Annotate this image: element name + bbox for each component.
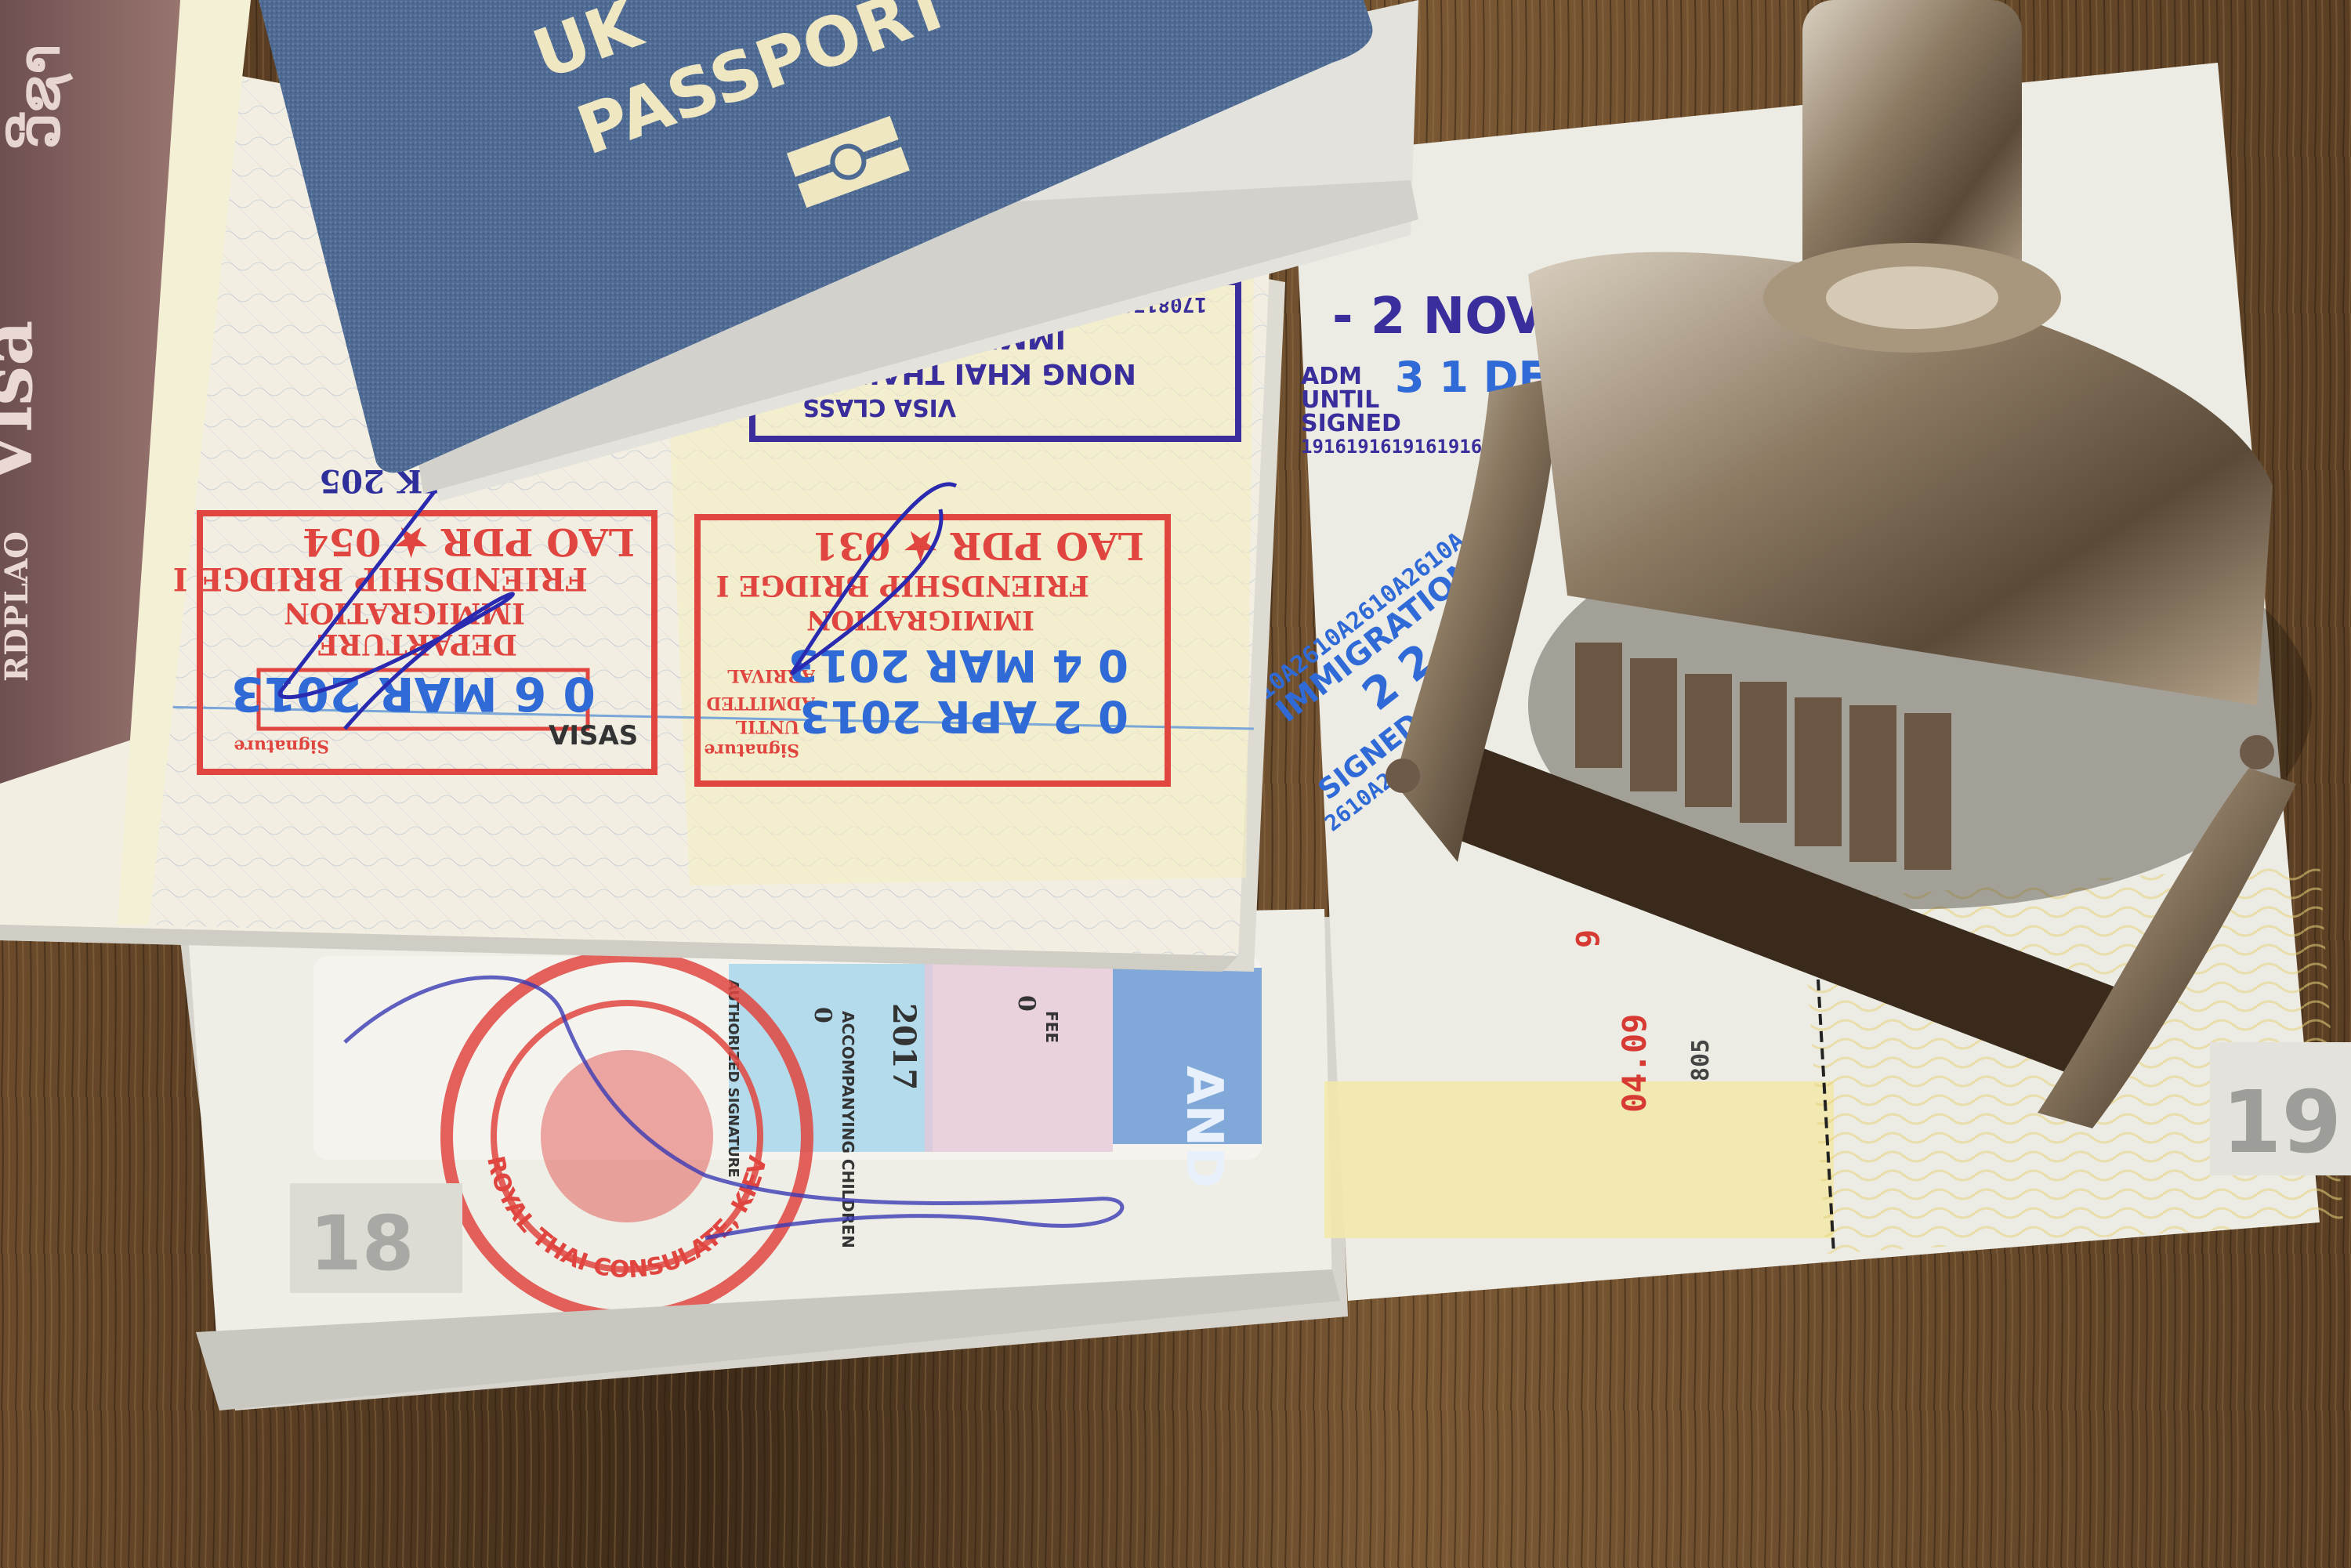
departure-date: 0 6 MAR 2013: [231, 666, 596, 721]
lower-visa-children-label: ACCOMPANYING CHILDREN: [839, 1011, 857, 1248]
visa-sticker-subtitle: RDPLAO: [0, 531, 35, 682]
right-stamp-signed-label: SIGNED: [1301, 410, 1401, 437]
nong-khai-line1: VISA CLASS: [802, 393, 956, 421]
right-stamp-date: - 2 NOV: [1332, 288, 1545, 346]
lower-visa-signature-label: AUTHORIZED SIGNATURE: [725, 980, 741, 1178]
arrival-line1: IMMIGRATION: [806, 604, 1034, 636]
right-page-red-date: 04.09: [1615, 1014, 1654, 1113]
arrival-admitted-label: ADMITTED: [706, 693, 816, 713]
page-number-left: 18: [310, 1200, 415, 1287]
right-stamp-serial: 1916191619161916: [1301, 436, 1482, 458]
departure-line3: FRIENDSHIP BRIDGE I: [173, 560, 588, 597]
lower-visa-fee-label: FEE: [1042, 1011, 1061, 1043]
page-number-right: 19: [2222, 1072, 2342, 1172]
visas-overprint: VISAS: [549, 720, 638, 751]
lower-visa-country-fragment: AND: [1175, 1066, 1233, 1188]
arrival-line3: LAO PDR ★ 031: [812, 523, 1144, 567]
departure-line4: LAO PDR ★ 054: [302, 520, 635, 563]
arrival-until-date: 0 2 APR 2013: [799, 690, 1128, 741]
visa-sticker-script: ວີຊາ: [5, 44, 74, 149]
lower-visa-children-value: 0: [809, 1007, 836, 1023]
arrival-date: 0 4 MAR 2013: [788, 639, 1128, 690]
lower-visa-fee-value: 0: [1012, 995, 1040, 1012]
photo-scene: AND 2017 ACCOMPANYING CHILDREN 0 FEE 0 A…: [0, 0, 2351, 1568]
arrival-header: Signature: [704, 740, 799, 760]
arrival-until-label: UNTIL: [736, 716, 799, 737]
departure-header: Signature: [234, 736, 329, 756]
lower-visa-year: 2017: [886, 1003, 922, 1090]
visa-sticker-title: Visa: [0, 320, 49, 487]
right-page-red-digit: 9: [1570, 929, 1607, 948]
right-page-black-fragment: 805: [1687, 1039, 1715, 1081]
